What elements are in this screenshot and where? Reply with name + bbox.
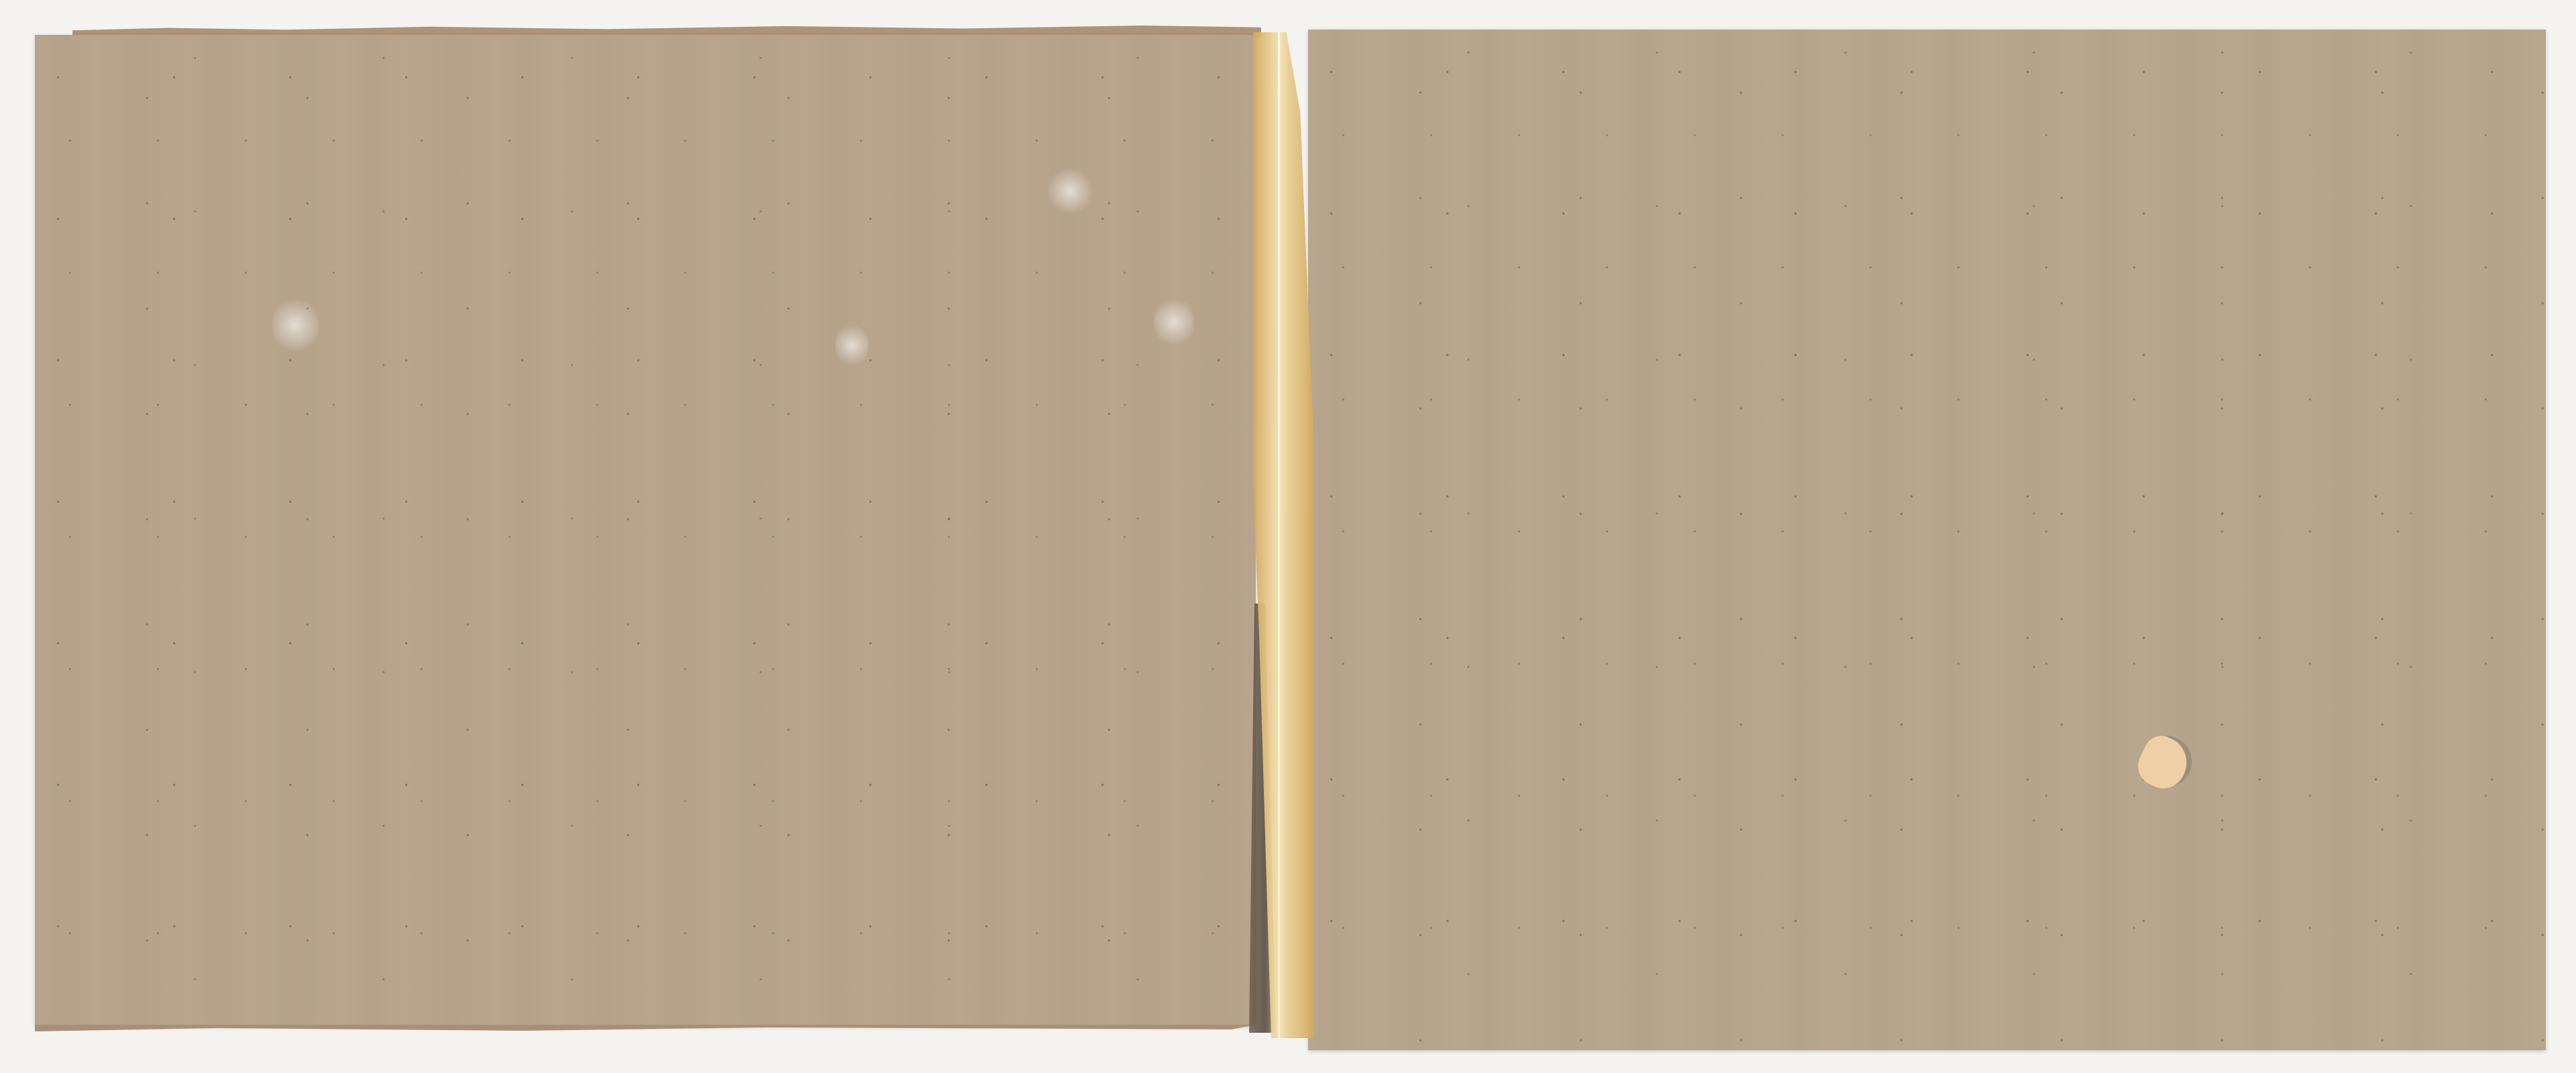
left-page-smudge [835, 322, 869, 369]
photo-scene [0, 0, 2576, 1073]
left-page-smudge [1046, 168, 1093, 215]
left-page-smudge [1154, 295, 1194, 349]
spine-tape-crease [1278, 32, 1280, 1038]
left-page-smudge [272, 295, 319, 355]
left-page-bottom-edge [35, 1025, 1256, 1031]
right-page [1308, 30, 2546, 1050]
